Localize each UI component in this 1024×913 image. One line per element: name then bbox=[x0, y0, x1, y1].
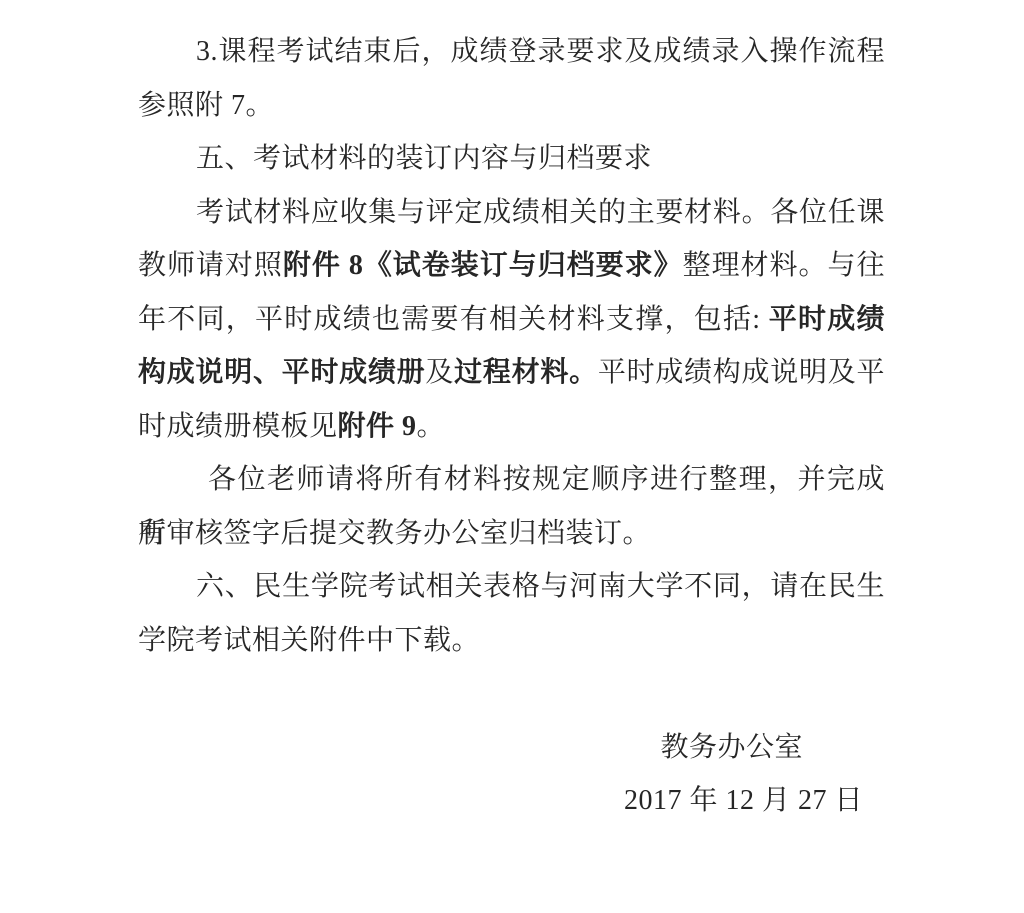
text-line: 五、考试材料的装订内容与归档要求 bbox=[138, 132, 885, 186]
text-run: 3.课程考试结束后，成绩登录要求及成绩录入操作流程 bbox=[196, 36, 885, 67]
text-line: 有审核签字后提交教务办公室归档装订。 bbox=[138, 507, 885, 561]
text-run: 教师请对照 bbox=[138, 250, 283, 281]
text-run: 参照附 7。 bbox=[138, 90, 274, 121]
text-line: 参照附 7。 bbox=[138, 79, 885, 133]
text-line: 教师请对照附件 8《试卷装订与归档要求》整理材料。与往 bbox=[138, 239, 885, 293]
document-body: 3.课程考试结束后，成绩登录要求及成绩录入操作流程参照附 7。五、考试材料的装订… bbox=[138, 25, 885, 828]
emphasis-text-run: 过程材料。 bbox=[454, 357, 598, 388]
emphasis-text-run: 附件 9 bbox=[338, 411, 417, 442]
text-run: 2017 年 12 月 27 日 bbox=[624, 785, 863, 816]
text-run: 及 bbox=[425, 357, 454, 388]
text-run: 时成绩册模板见 bbox=[138, 411, 338, 442]
text-line: 学院考试相关附件中下载。 bbox=[138, 614, 885, 668]
text-run: 六、民生学院考试相关表格与河南大学不同，请在民生 bbox=[196, 571, 885, 602]
text-run: 考试材料应收集与评定成绩相关的主要材料。各位任课 bbox=[196, 197, 885, 228]
emphasis-text-run: 平时成绩 bbox=[769, 304, 885, 335]
emphasis-text-run: 构成说明、平时成绩册 bbox=[138, 357, 425, 388]
blank-line bbox=[138, 667, 885, 721]
document-page: 3.课程考试结束后，成绩登录要求及成绩录入操作流程参照附 7。五、考试材料的装订… bbox=[0, 0, 1024, 913]
text-run: 五、考试材料的装订内容与归档要求 bbox=[196, 143, 652, 174]
text-line: 构成说明、平时成绩册及过程材料。平时成绩构成说明及平 bbox=[138, 346, 885, 400]
text-run: 平时成绩构成说明及平 bbox=[598, 357, 885, 388]
text-line: 教务办公室 bbox=[138, 721, 885, 775]
text-run: 整理材料。与往 bbox=[683, 250, 885, 281]
emphasis-text-run: 附件 8《试卷装订与归档要求》 bbox=[283, 250, 683, 281]
text-line: 六、民生学院考试相关表格与河南大学不同，请在民生 bbox=[138, 560, 885, 614]
text-line: 时成绩册模板见附件 9。 bbox=[138, 400, 885, 454]
text-run: 有审核签字后提交教务办公室归档装订。 bbox=[138, 518, 651, 549]
text-line: 考试材料应收集与评定成绩相关的主要材料。各位任课 bbox=[138, 186, 885, 240]
text-run: 。 bbox=[417, 411, 446, 442]
text-line: 3.课程考试结束后，成绩登录要求及成绩录入操作流程 bbox=[138, 25, 885, 79]
text-run: 年不同，平时成绩也需要有相关材料支撑，包括: bbox=[138, 304, 769, 335]
text-line: 2017 年 12 月 27 日 bbox=[138, 774, 885, 828]
text-run: 学院考试相关附件中下载。 bbox=[138, 625, 480, 656]
text-line: 年不同，平时成绩也需要有相关材料支撑，包括: 平时成绩 bbox=[138, 293, 885, 347]
text-line: 各位老师请将所有材料按规定顺序进行整理，并完成所 bbox=[138, 453, 885, 507]
text-run: 教务办公室 bbox=[660, 732, 803, 763]
